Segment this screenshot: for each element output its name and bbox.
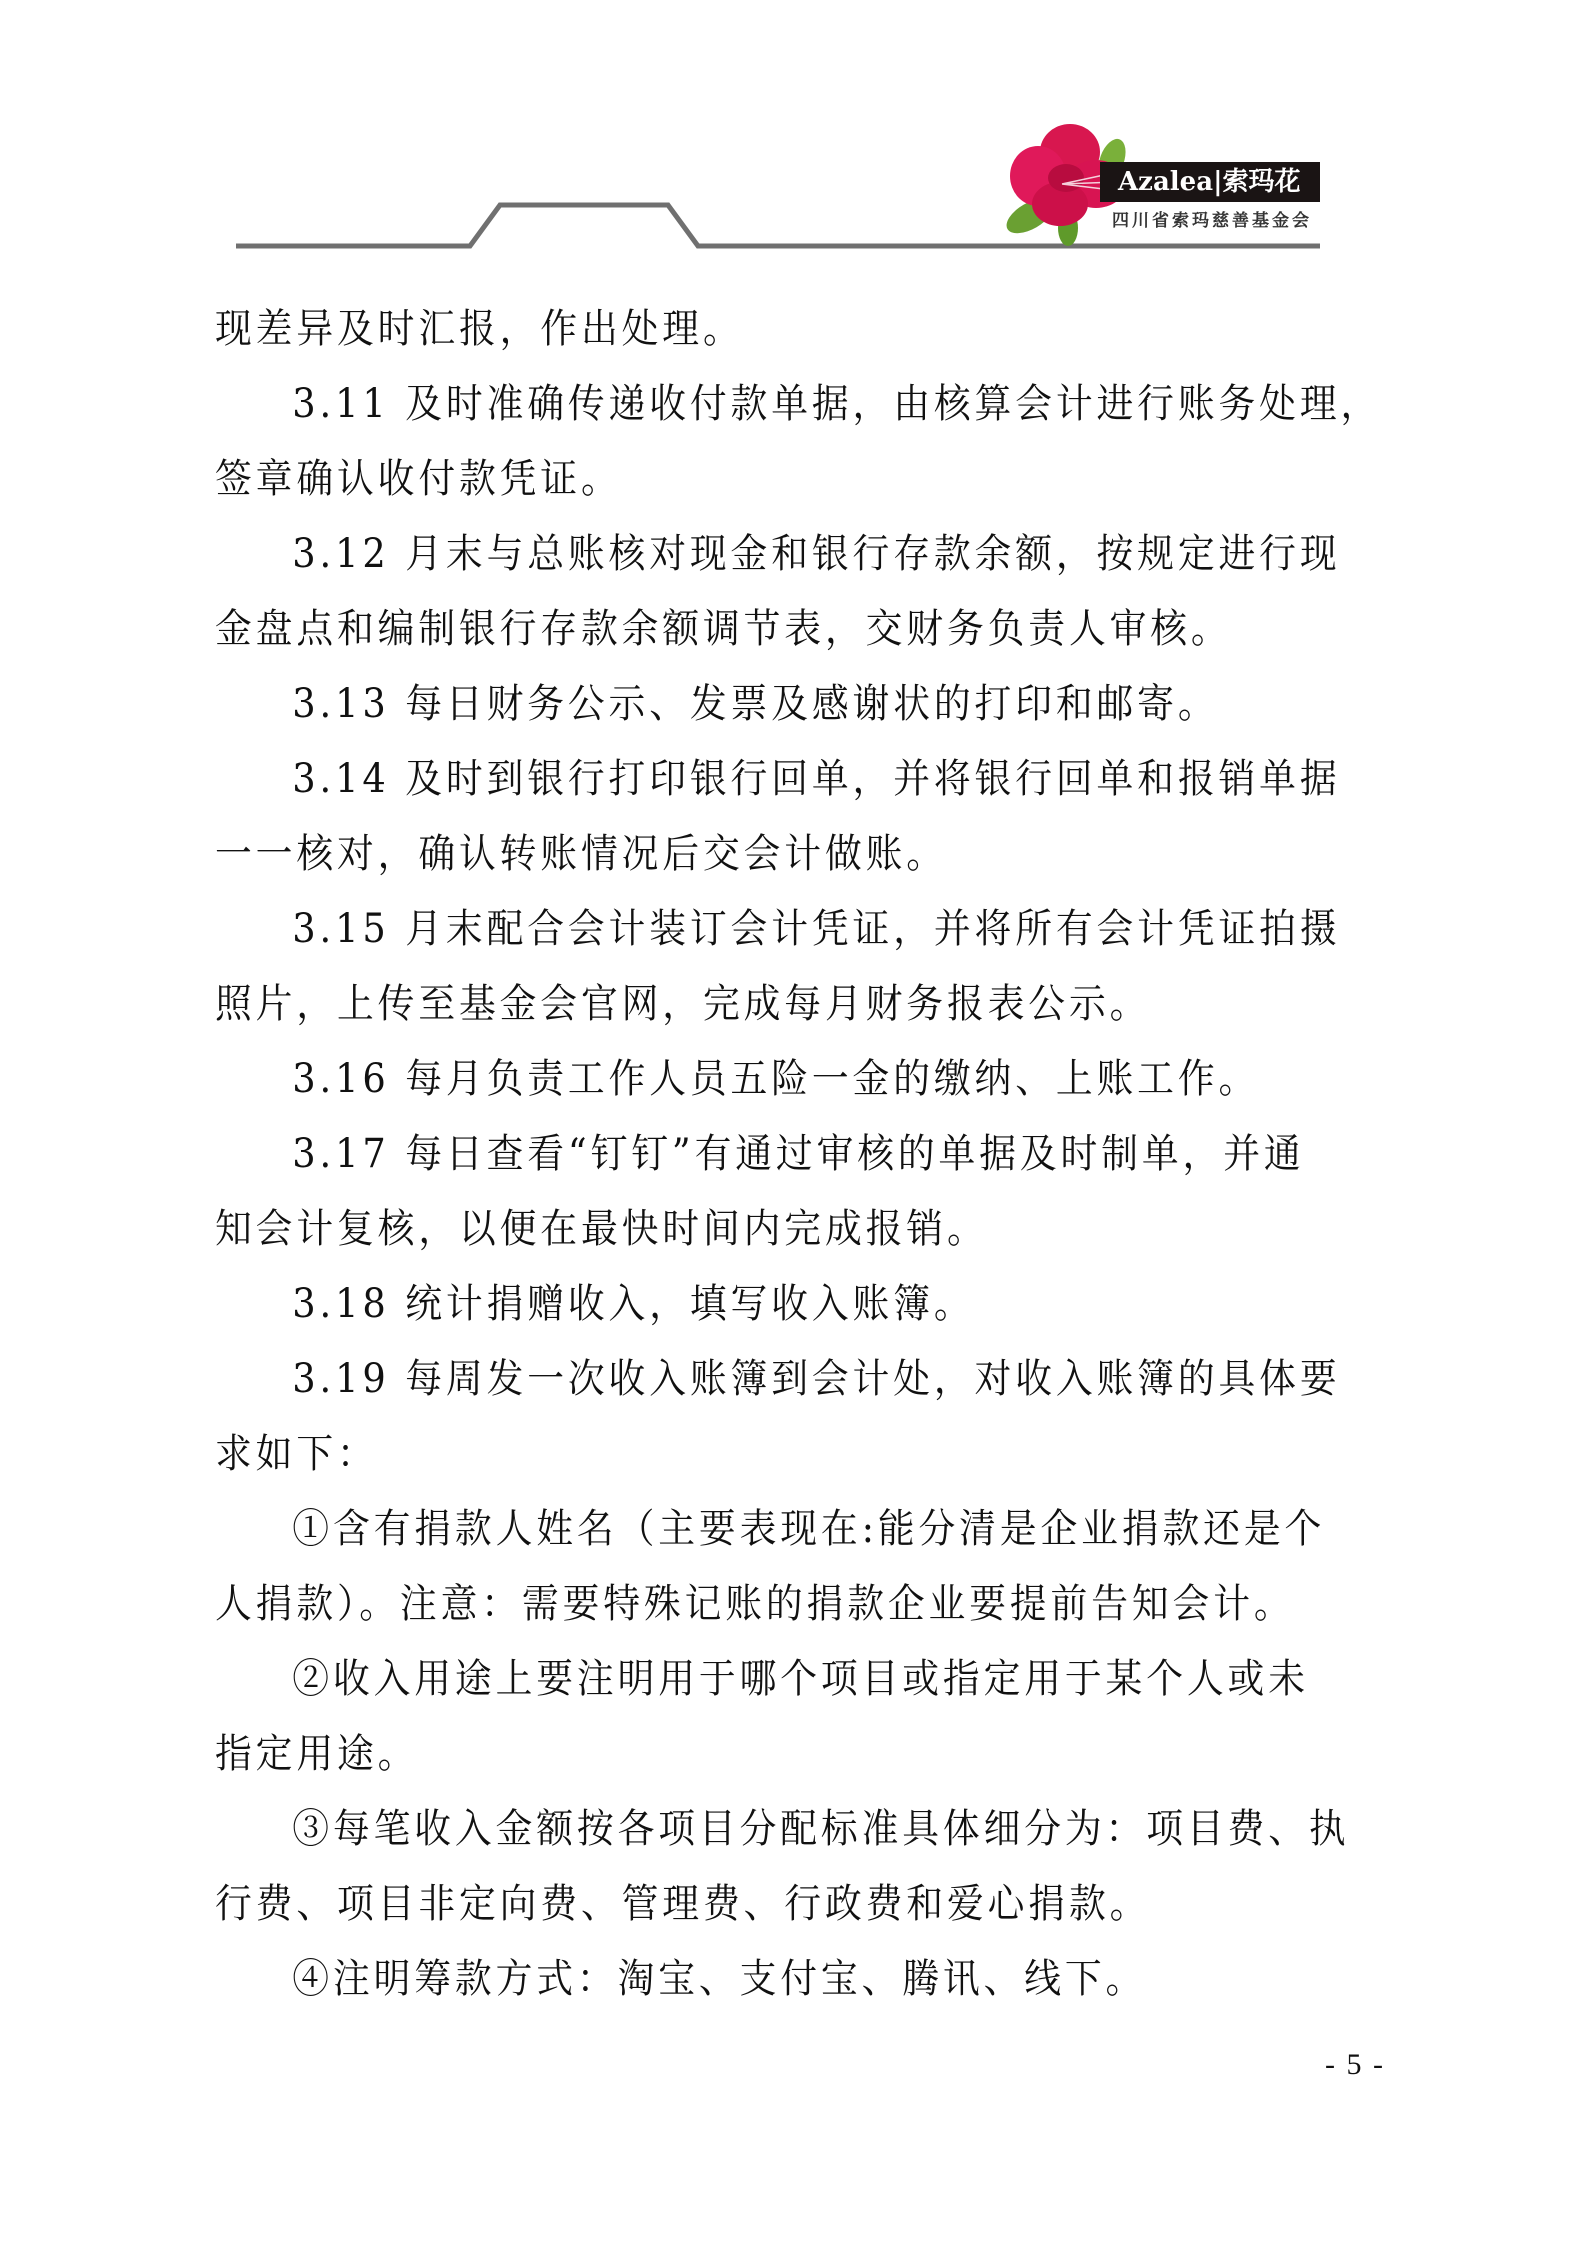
text-line: 金盘点和编制银行存款余额调节表，交财务负责人审核。	[215, 592, 1305, 667]
text-line-item-3-12: 3.12 月末与总账核对现金和银行存款余额，按规定进行现	[215, 517, 1305, 592]
logo-brand-cn: 索玛花	[1223, 167, 1301, 197]
text-line-item-3-14: 3.14 及时到银行打印银行回单，并将银行回单和报销单据	[215, 742, 1305, 817]
text-line-item-3-19: 3.19 每周发一次收入账簿到会计处，对收入账簿的具体要	[215, 1342, 1305, 1417]
foundation-logo: Azalea|索玛花 四川省索玛慈善基金会	[1000, 118, 1330, 248]
page-header: Azalea|索玛花 四川省索玛慈善基金会	[0, 0, 1587, 270]
header-rule-line	[0, 0, 1587, 270]
text-line: 知会计复核，以便在最快时间内完成报销。	[215, 1192, 1305, 1267]
text-line-requirement-3: ③每笔收入金额按各项目分配标准具体细分为：项目费、执	[215, 1792, 1305, 1867]
logo-org-name: 四川省索玛慈善基金会	[1112, 206, 1312, 231]
logo-brand-en: Azalea	[1118, 167, 1213, 197]
text-line-item-3-17: 3.17 每日查看“钉钉”有通过审核的单据及时制单，并通	[215, 1117, 1305, 1192]
text-line-item-3-15: 3.15 月末配合会计装订会计凭证，并将所有会计凭证拍摄	[215, 892, 1305, 967]
text-line: 人捐款）。注意：需要特殊记账的捐款企业要提前告知会计。	[215, 1567, 1305, 1642]
logo-separator: |	[1213, 167, 1222, 197]
text-line: 行费、项目非定向费、管理费、行政费和爱心捐款。	[215, 1867, 1305, 1942]
text-line: 现差异及时汇报，作出处理。	[215, 292, 1305, 367]
text-line-item-3-13: 3.13 每日财务公示、发票及感谢状的打印和邮寄。	[215, 667, 1305, 742]
text-line-requirement-2: ②收入用途上要注明用于哪个项目或指定用于某个人或未	[215, 1642, 1305, 1717]
text-line: 照片，上传至基金会官网，完成每月财务报表公示。	[215, 967, 1305, 1042]
text-line-requirement-4: ④注明筹款方式：淘宝、支付宝、腾讯、线下。	[215, 1942, 1305, 2017]
page-number: - 5 -	[1325, 2048, 1385, 2082]
text-line-item-3-18: 3.18 统计捐赠收入，填写收入账簿。	[215, 1267, 1305, 1342]
text-line-requirement-1: ①含有捐款人姓名（主要表现在:能分清是企业捐款还是个	[215, 1492, 1305, 1567]
text-line: 求如下：	[215, 1417, 1305, 1492]
logo-banner: Azalea|索玛花	[1100, 162, 1320, 202]
document-body: 现差异及时汇报，作出处理。 3.11 及时准确传递收付款单据，由核算会计进行账务…	[215, 292, 1400, 2017]
text-line: 指定用途。	[215, 1717, 1305, 1792]
text-line: 签章确认收付款凭证。	[215, 442, 1305, 517]
text-line-item-3-11: 3.11 及时准确传递收付款单据，由核算会计进行账务处理，	[215, 367, 1305, 442]
text-line-item-3-16: 3.16 每月负责工作人员五险一金的缴纳、上账工作。	[215, 1042, 1305, 1117]
text-line: 一一核对，确认转账情况后交会计做账。	[215, 817, 1305, 892]
